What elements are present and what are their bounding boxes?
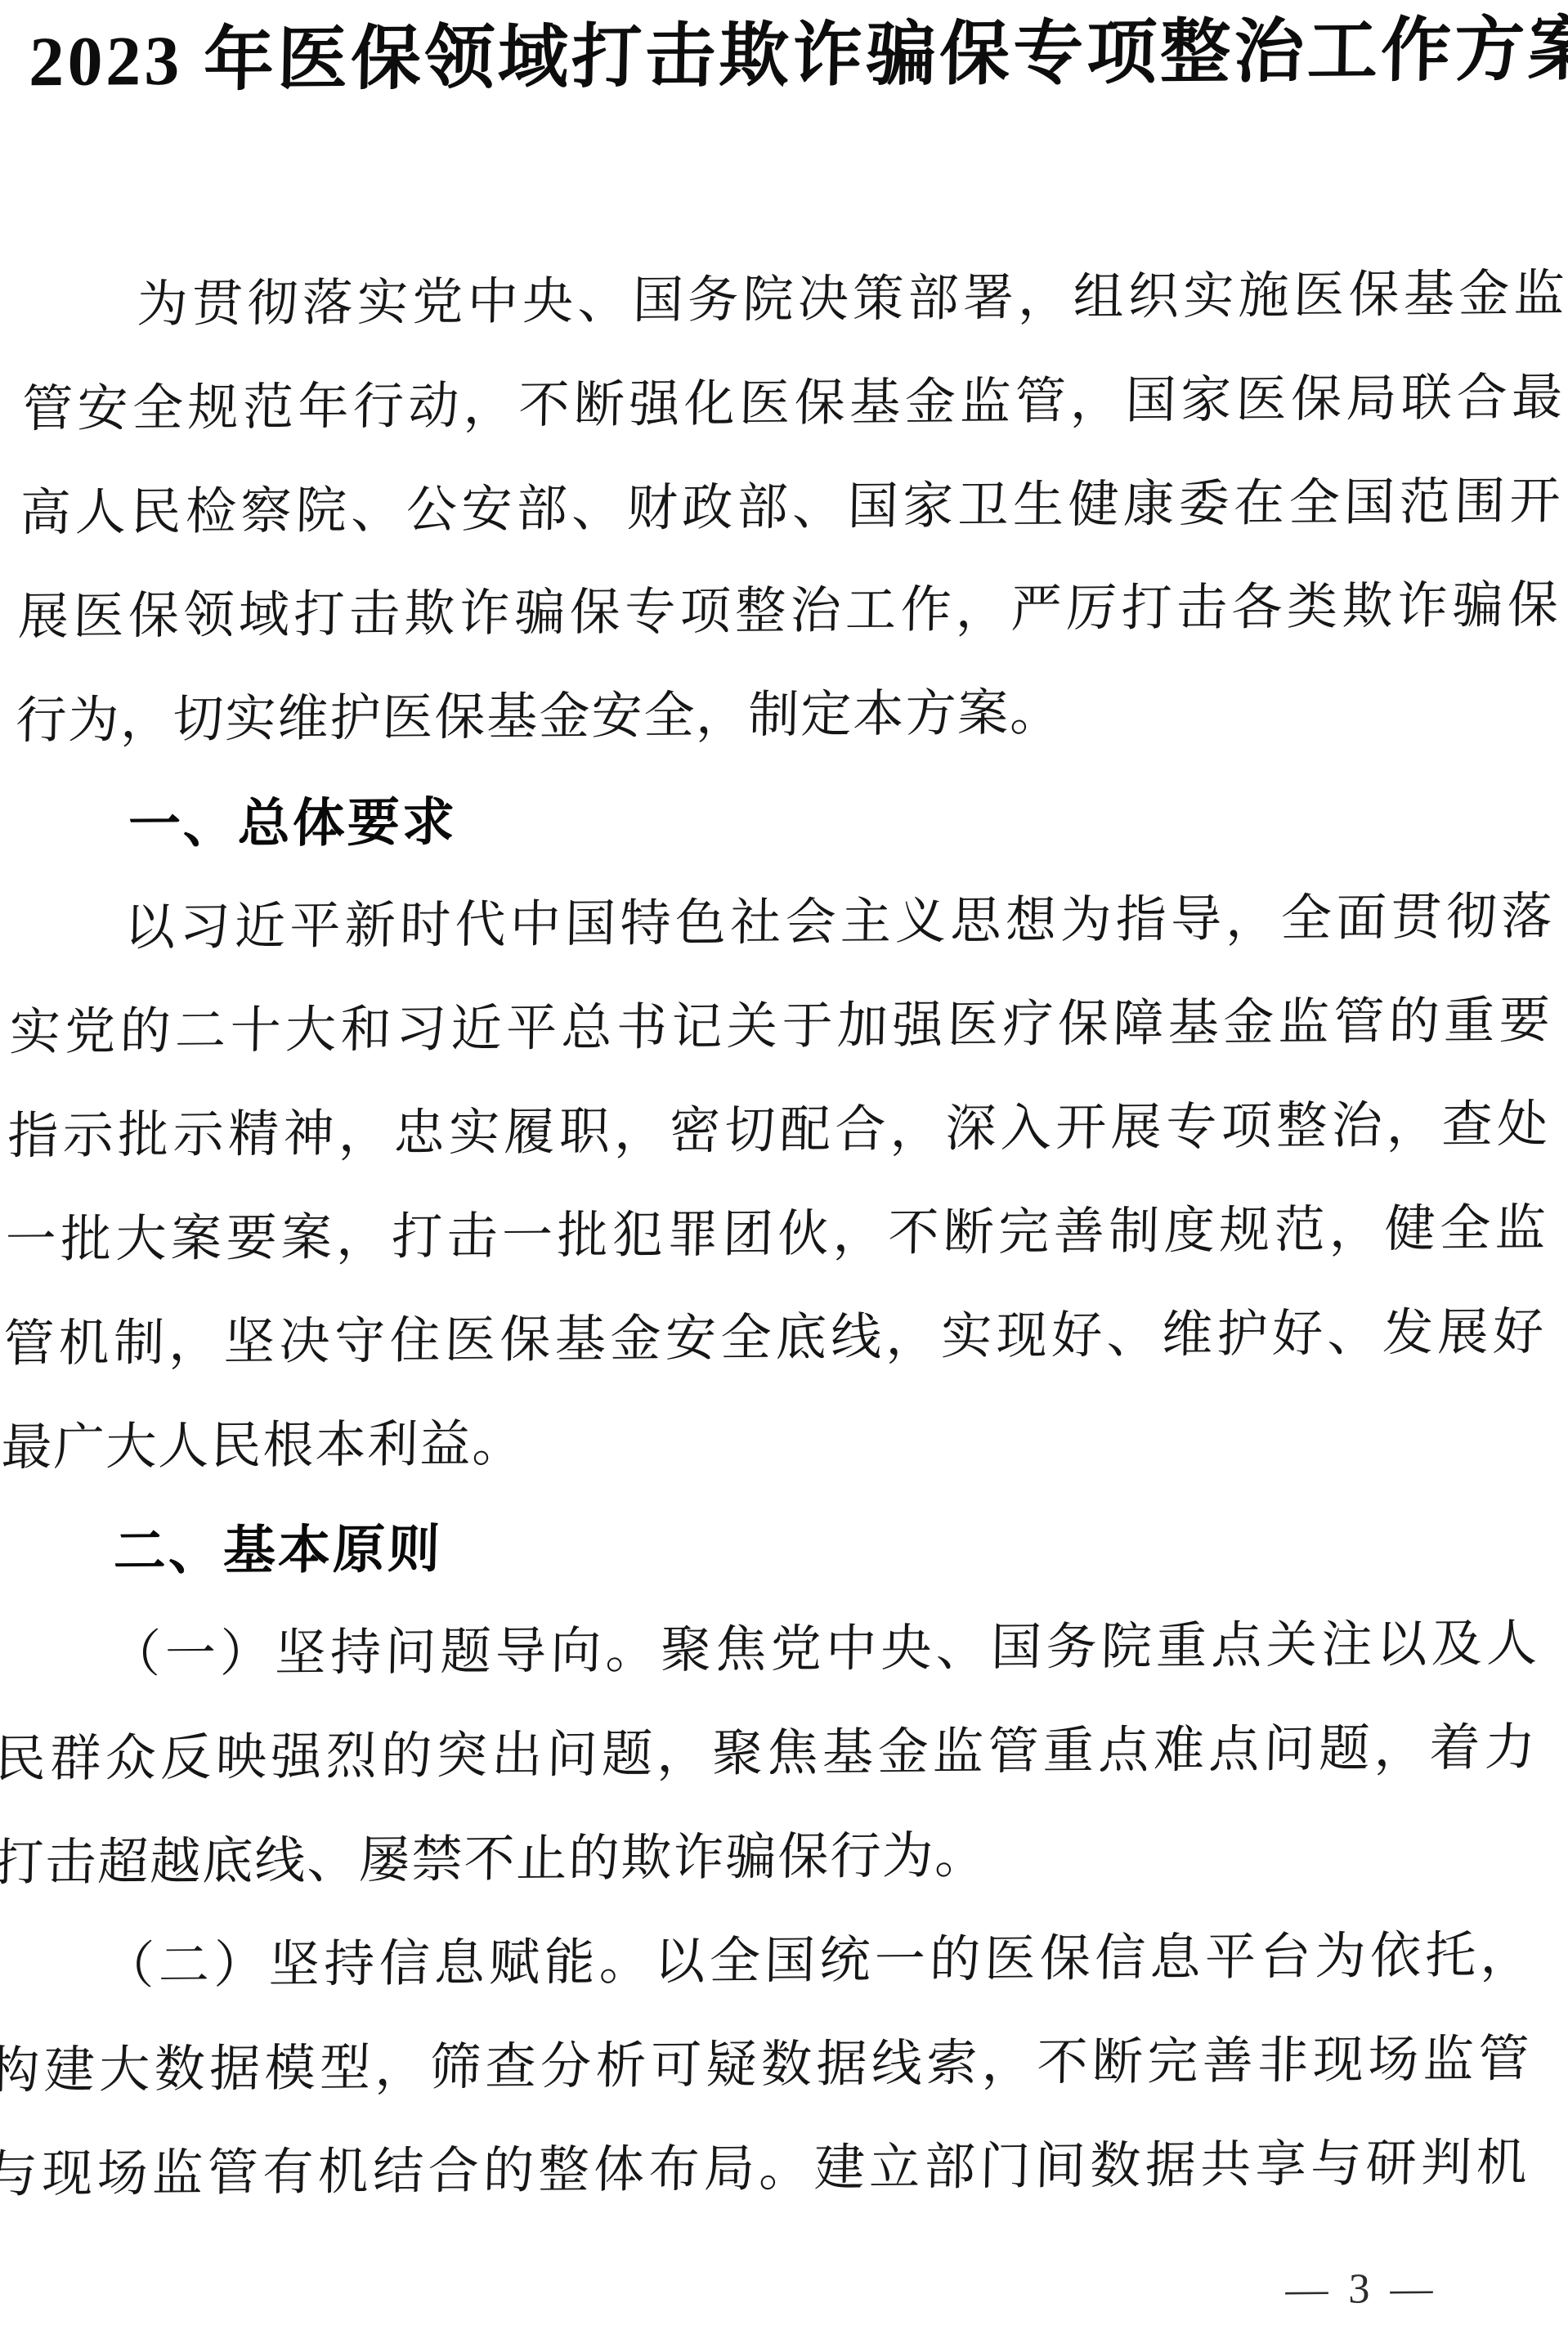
document-page: 2023 年医保领域打击欺诈骗保专项整治工作方案 为贯彻落实党中央、国务院决策部…: [0, 0, 1568, 2339]
body-line: 管机制，坚决守住医保基金安全底线，实现好、维护好、发展好: [2, 1281, 1546, 1397]
body-line: 管安全规范年行动，不断强化医保基金监管，国家医保局联合最: [21, 346, 1565, 462]
body-line: 民群众反映强烈的突出问题，聚焦基金监管重点难点问题，着力: [0, 1696, 1538, 1813]
body-line: 指示批示精神，忠实履职，密切配合，深入开展专项整治，查处: [7, 1073, 1550, 1190]
document-body: 为贯彻落实党中央、国务院决策部署，组织实施医保基金监 管安全规范年行动，不断强化…: [0, 242, 1567, 2227]
body-line: 与现场监管有机结合的整体布局。建立部门间数据共享与研判机: [0, 2112, 1530, 2228]
body-line: 一批大案要案，打击一批犯罪团伙，不断完善制度规范，健全监: [4, 1177, 1548, 1293]
body-line: 展医保领域打击欺诈骗保专项整治工作，严厉打击各类欺诈骗保: [17, 554, 1561, 670]
body-line: 以习近平新时代中国特色社会主义思想为指导，全面贯彻落: [11, 866, 1554, 982]
body-line: 构建大数据模型，筛查分析可疑数据线索，不断完善非现场监管: [0, 2008, 1531, 2124]
body-line: 行为，切实维护医保基金安全，制定本方案。: [15, 658, 1558, 774]
body-line: 实党的二十大和习近平总书记关于加强医疗保障基金监管的重要: [9, 970, 1552, 1086]
body-line: （一）坚持问题导向。聚焦党中央、国务院重点关注以及人: [0, 1593, 1540, 1709]
scanned-content: 2023 年医保领域打击欺诈骗保专项整治工作方案 为贯彻落实党中央、国务院决策部…: [0, 0, 1568, 2339]
body-line: 打击超越底线、屡禁不止的欺诈骗保行为。: [0, 1800, 1536, 1916]
body-line: 为贯彻落实党中央、国务院决策部署，组织实施医保基金监: [23, 242, 1566, 358]
section-heading-overall-requirements: 一、总体要求: [13, 762, 1557, 878]
document-title: 2023 年医保领域打击欺诈骗保专项整治工作方案: [28, 0, 1568, 110]
body-line: （二）坚持信息赋能。以全国统一的医保信息平台为依托，: [0, 1904, 1534, 2020]
body-line: 高人民检察院、公安部、财政部、国家卫生健康委在全国范围开: [19, 450, 1562, 566]
page-number: — 3 —: [1285, 2265, 1438, 2314]
body-line: 最广大人民根本利益。: [0, 1385, 1543, 1501]
section-heading-basic-principles: 二、基本原则: [0, 1489, 1542, 1605]
